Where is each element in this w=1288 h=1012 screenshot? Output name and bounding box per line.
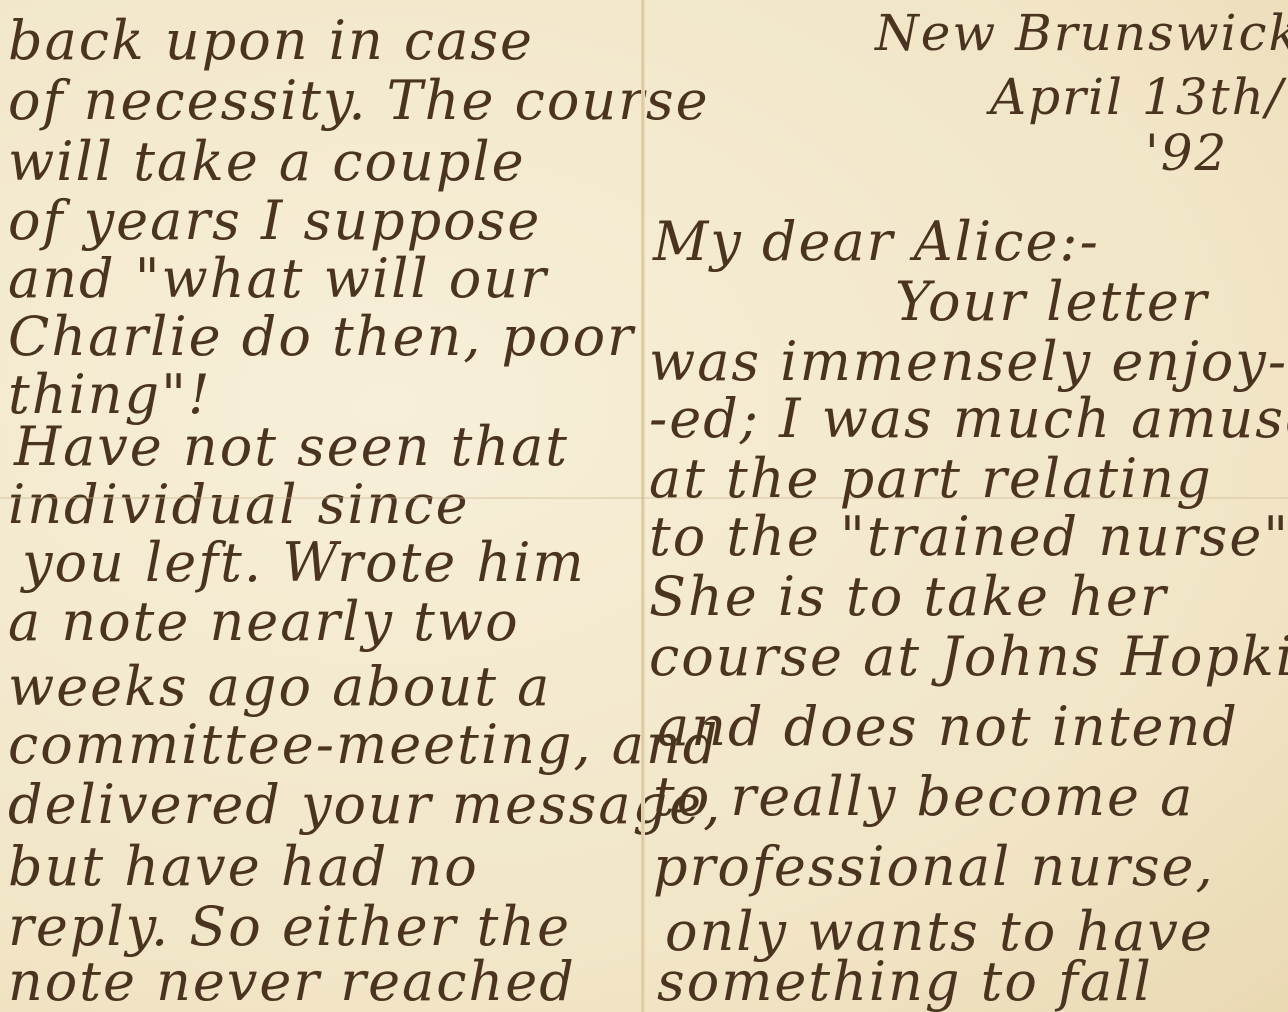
letter-line: note never reached bbox=[8, 955, 576, 1009]
year: '92 bbox=[1145, 128, 1228, 178]
right-page: New Brunswick. April 13th/ '92 My dear A… bbox=[645, 0, 1288, 1012]
letter-line: committee-meeting, and bbox=[8, 718, 719, 772]
letter-line: course at Johns Hopkins bbox=[649, 630, 1288, 684]
letter-line: back upon in case bbox=[8, 14, 534, 68]
date-line: April 13th/ bbox=[990, 72, 1285, 122]
letter-line: weeks ago about a bbox=[8, 660, 551, 714]
letter-line: thing"! bbox=[8, 368, 212, 422]
letter-line: to the "trained nurse". bbox=[649, 510, 1288, 564]
letter-line: was immensely enjoy- bbox=[649, 335, 1288, 389]
letter-line: and "what will our bbox=[8, 252, 548, 306]
letter-line: you left. Wrote him bbox=[22, 536, 586, 590]
letter-line: but have had no bbox=[8, 840, 479, 894]
letter-line: of years I suppose bbox=[8, 194, 541, 248]
letter-line: professional nurse, bbox=[653, 840, 1215, 894]
letter-line: reply. So either the bbox=[8, 900, 571, 954]
letter-line: at the part relating bbox=[649, 452, 1213, 506]
letter-line: -ed; I was much amused bbox=[649, 392, 1288, 446]
salutation: My dear Alice:- bbox=[653, 215, 1100, 269]
letter-scan: back upon in case of necessity. The cour… bbox=[0, 0, 1288, 1012]
letter-line: Your letter bbox=[895, 275, 1209, 329]
letter-line: delivered your message, bbox=[8, 778, 722, 832]
letter-line: a note nearly two bbox=[8, 595, 520, 649]
letter-line: something to fall bbox=[657, 955, 1153, 1009]
letter-line: Have not seen that bbox=[14, 420, 569, 474]
left-page: back upon in case of necessity. The cour… bbox=[0, 0, 641, 1012]
letter-line: will take a couple bbox=[8, 135, 526, 189]
letter-line: individual since bbox=[8, 478, 470, 532]
place-heading: New Brunswick. bbox=[875, 8, 1288, 58]
letter-line: Charlie do then, poor bbox=[8, 310, 635, 364]
letter-line: and does not intend bbox=[657, 700, 1239, 754]
letter-line: She is to take her bbox=[649, 570, 1168, 624]
letter-line: to really become a bbox=[653, 770, 1194, 824]
letter-line: of necessity. The course bbox=[8, 74, 710, 128]
